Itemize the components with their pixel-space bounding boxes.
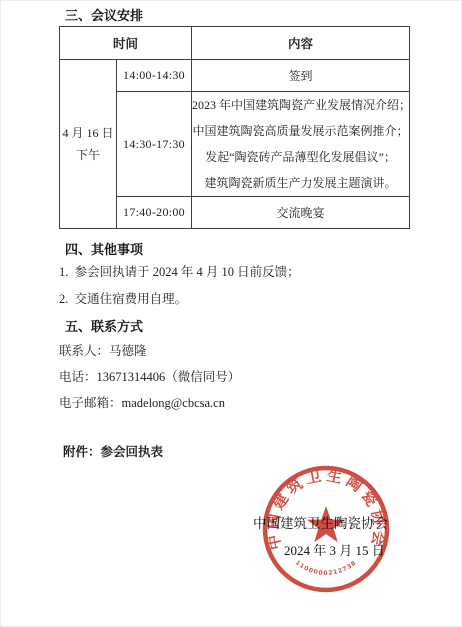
attachment-line: 附件：参会回执表 [63, 446, 461, 459]
stamp-star-icon [307, 506, 345, 542]
section-3-heading: 三、会议安排 [65, 9, 461, 22]
official-seal-stamp: 中国建筑卫生陶瓷协会 1100000212738 [256, 459, 396, 599]
agenda-line: 中国建筑陶瓷高质量发展示范案例推介； [192, 118, 409, 144]
time-cell: 14:30-17:30 [117, 92, 192, 197]
document-page: 三、会议安排 时间 内容 4 月 16 日 下午 14:00-14:30 签到 … [0, 0, 462, 627]
section-4-heading: 四、其他事项 [65, 243, 461, 256]
column-header-content: 内容 [192, 27, 410, 60]
table-header-row: 时间 内容 [60, 27, 410, 60]
agenda-line: 2023 年中国建筑陶瓷产业发展情况介绍； [192, 92, 409, 118]
stamp-serial-number: 1100000212738 [294, 559, 358, 577]
contact-person-line: 联系人：马德隆 [59, 345, 461, 358]
schedule-table: 时间 内容 4 月 16 日 下午 14:00-14:30 签到 14:30-1… [59, 26, 410, 229]
contact-email-line: 电子邮箱：madelong@cbcsa.cn [59, 397, 461, 410]
content-cell: 签到 [192, 60, 410, 92]
content-cell: 交流晚宴 [192, 197, 410, 229]
agenda-line: 建筑陶瓷新质生产力发展主题演讲。 [192, 170, 409, 196]
date-line-1: 4 月 16 日 [60, 122, 116, 144]
table-row: 4 月 16 日 下午 14:00-14:30 签到 [60, 60, 410, 92]
time-cell: 17:40-20:00 [117, 197, 192, 229]
date-cell: 4 月 16 日 下午 [60, 60, 117, 229]
svg-text:1100000212738: 1100000212738 [294, 559, 358, 577]
other-item-1: 1. 参会回执请于 2024 年 4 月 10 日前反馈； [59, 266, 461, 279]
date-line-2: 下午 [60, 144, 116, 166]
content-cell: 2023 年中国建筑陶瓷产业发展情况介绍； 中国建筑陶瓷高质量发展示范案例推介；… [192, 92, 410, 197]
other-item-2: 2. 交通住宿费用自理。 [59, 293, 461, 306]
section-5-heading: 五、联系方式 [65, 320, 461, 333]
column-header-time: 时间 [60, 27, 192, 60]
agenda-line: 发起“陶瓷砖产品薄型化发展倡议”； [192, 144, 409, 170]
time-cell: 14:00-14:30 [117, 60, 192, 92]
contact-phone-line: 电话：13671314406（微信同号） [59, 371, 461, 384]
